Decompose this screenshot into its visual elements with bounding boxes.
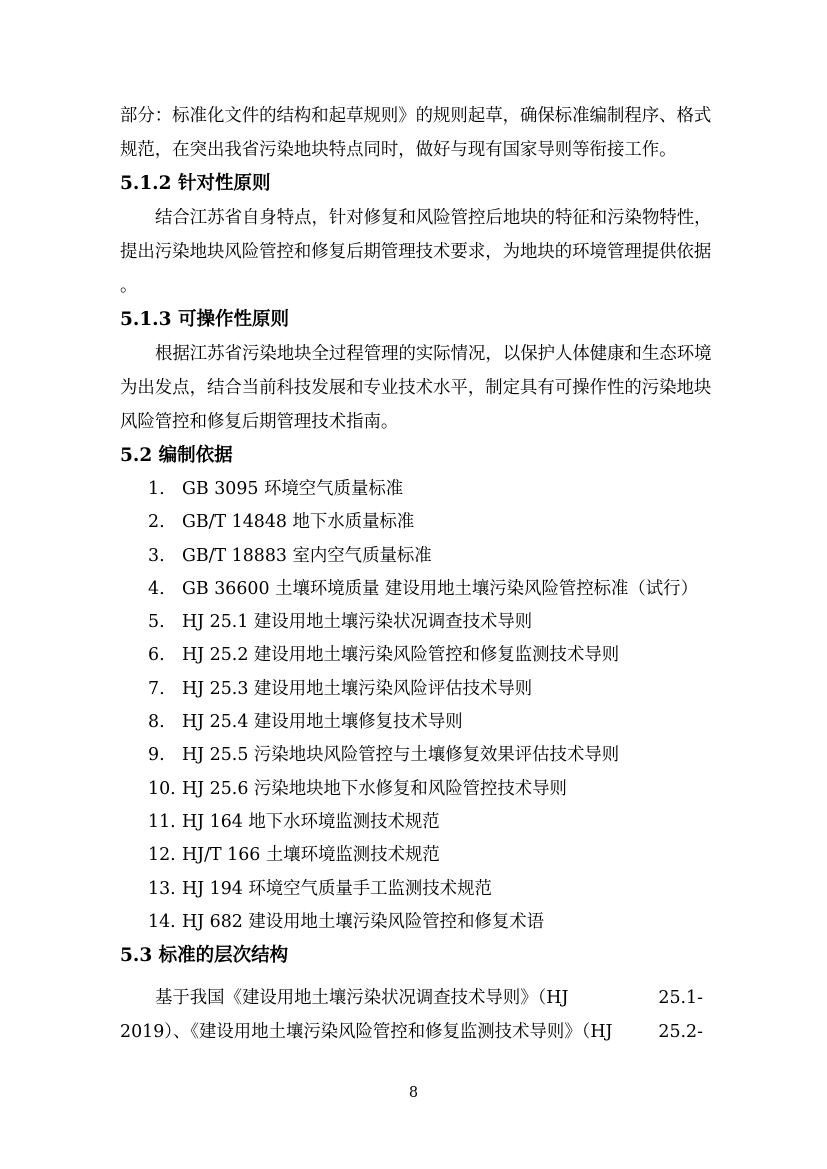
heading-5-1-2: 5.1.2 针对性原则 [120, 167, 711, 201]
list-item: 4. GB 36600 土壤环境质量 建设用地土壤污染风险管控标准（试行） [120, 573, 711, 606]
paragraph-line: 2019）、《建设用地土壤污染风险管控和修复监测技术导则》（HJ 25.2- [120, 1015, 711, 1049]
list-item-text: HJ 25.6 污染地块地下水修复和风险管控技术导则 [182, 773, 567, 806]
list-item-number: 1. [148, 473, 182, 506]
list-item: 7. HJ 25.3 建设用地土壤污染风险评估技术导则 [120, 673, 711, 706]
paragraph-line: 结合江苏省自身特点，针对修复和风险管控后地块的特征和污染物特性， [120, 201, 711, 235]
list-item-text: GB/T 14848 地下水质量标准 [182, 506, 414, 539]
paragraph-text: 2019）、《建设用地土壤污染风险管控和修复监测技术导则》（HJ [120, 1015, 612, 1049]
list-item-text: HJ 25.2 建设用地土壤污染风险管控和修复监测技术导则 [182, 639, 619, 672]
paragraph-line: 。 [120, 269, 711, 303]
paragraph-line: 根据江苏省污染地块全过程管理的实际情况，以保护人体健康和生态环境 [120, 337, 711, 371]
heading-5-1-3: 5.1.3 可操作性原则 [120, 303, 711, 337]
list-item-number: 4. [148, 573, 182, 606]
list-item-text: HJ/T 166 土壤环境监测技术规范 [182, 839, 440, 872]
list-item: 2. GB/T 14848 地下水质量标准 [120, 506, 711, 539]
paragraph-line: 风险管控和修复后期管理技术指南。 [120, 405, 711, 439]
list-item-number: 6. [148, 639, 182, 672]
list-item-number: 2. [148, 506, 182, 539]
list-item-number: 9. [148, 739, 182, 772]
list-item: 9. HJ 25.5 污染地块风险管控与土壤修复效果评估技术导则 [120, 739, 711, 772]
heading-5-2: 5.2 编制依据 [120, 439, 711, 473]
paragraph-line: 基于我国《建设用地土壤污染状况调查技术导则》（HJ 25.1- [120, 981, 711, 1015]
paragraph-line: 规范，在突出我省污染地块特点同时，做好与现有国家导则等衔接工作。 [120, 133, 711, 167]
list-item-text: HJ 25.1 建设用地土壤污染状况调查技术导则 [182, 606, 532, 639]
list-item-number: 7. [148, 673, 182, 706]
paragraph-line: 提出污染地块风险管控和修复后期管理技术要求，为地块的环境管理提供依据 [120, 235, 711, 269]
list-item: 1. GB 3095 环境空气质量标准 [120, 473, 711, 506]
list-item-text: HJ 164 地下水环境监测技术规范 [182, 806, 440, 839]
list-item-number: 10. [148, 773, 182, 806]
list-item: 14. HJ 682 建设用地土壤污染风险管控和修复术语 [120, 906, 711, 939]
list-item-number: 14. [148, 906, 182, 939]
paragraph-line: 部分：标准化文件的结构和起草规则》的规则起草，确保标准编制程序、格式 [120, 99, 711, 133]
list-item-number: 5. [148, 606, 182, 639]
document-page: 部分：标准化文件的结构和起草规则》的规则起草，确保标准编制程序、格式 规范，在突… [0, 0, 827, 1169]
list-item-text: GB 36600 土壤环境质量 建设用地土壤污染风险管控标准（试行） [182, 573, 698, 606]
paragraph-text: 基于我国《建设用地土壤污染状况调查技术导则》（HJ [120, 981, 568, 1015]
list-item-number: 8. [148, 706, 182, 739]
list-item-number: 13. [148, 873, 182, 906]
page-number: 8 [0, 1083, 827, 1103]
list-item-number: 11. [148, 806, 182, 839]
standard-code: 25.2- [658, 1015, 703, 1049]
list-item: 10. HJ 25.6 污染地块地下水修复和风险管控技术导则 [120, 773, 711, 806]
list-item-text: HJ 682 建设用地土壤污染风险管控和修复术语 [182, 906, 544, 939]
list-item: 11. HJ 164 地下水环境监测技术规范 [120, 806, 711, 839]
list-item-text: HJ 25.5 污染地块风险管控与土壤修复效果评估技术导则 [182, 739, 619, 772]
paragraph-line: 为出发点，结合当前科技发展和专业技术水平，制定具有可操作性的污染地块 [120, 371, 711, 405]
list-item: 6. HJ 25.2 建设用地土壤污染风险管控和修复监测技术导则 [120, 639, 711, 672]
list-item-text: HJ 25.3 建设用地土壤污染风险评估技术导则 [182, 673, 532, 706]
list-item-text: GB/T 18883 室内空气质量标准 [182, 540, 432, 573]
list-item: 13. HJ 194 环境空气质量手工监测技术规范 [120, 873, 711, 906]
standard-code: 25.1- [658, 981, 703, 1015]
list-item: 5. HJ 25.1 建设用地土壤污染状况调查技术导则 [120, 606, 711, 639]
list-item-text: HJ 25.4 建设用地土壤修复技术导则 [182, 706, 463, 739]
document-body: 部分：标准化文件的结构和起草规则》的规则起草，确保标准编制程序、格式 规范，在突… [120, 99, 711, 1049]
list-item: 8. HJ 25.4 建设用地土壤修复技术导则 [120, 706, 711, 739]
list-item-text: HJ 194 环境空气质量手工监测技术规范 [182, 873, 492, 906]
list-item-text: GB 3095 环境空气质量标准 [182, 473, 403, 506]
heading-5-3: 5.3 标准的层次结构 [120, 939, 711, 973]
list-item-number: 12. [148, 839, 182, 872]
list-item: 3. GB/T 18883 室内空气质量标准 [120, 540, 711, 573]
list-item-number: 3. [148, 540, 182, 573]
list-item: 12. HJ/T 166 土壤环境监测技术规范 [120, 839, 711, 872]
